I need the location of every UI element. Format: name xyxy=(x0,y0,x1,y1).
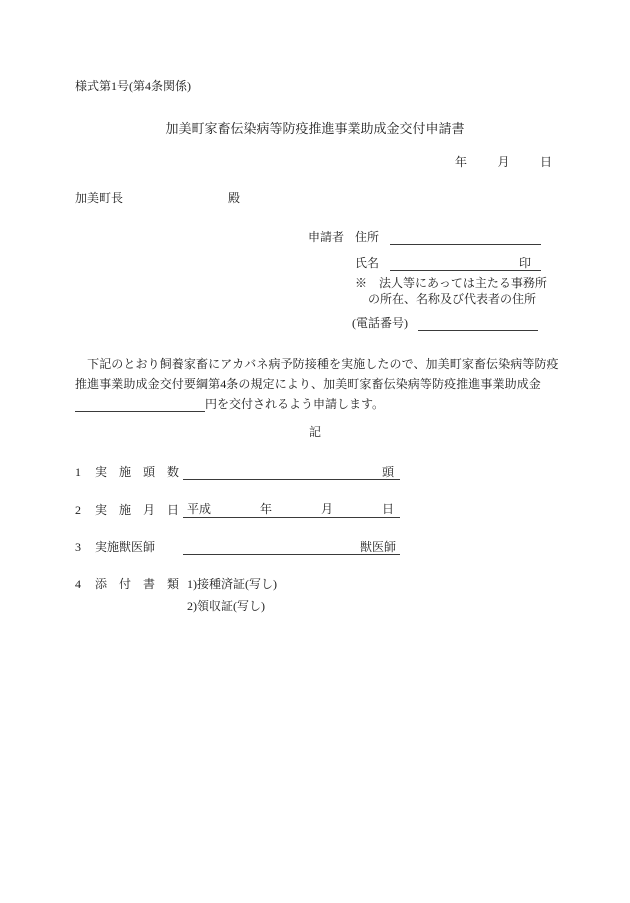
item3-unit-label: 獣医師 xyxy=(360,540,396,554)
body-paragraph-line2: 推進事業助成金交付要綱第4条の規定により、加美町家畜伝染病等防疫推進事業助成金 xyxy=(75,376,541,392)
item1-label: 実 施 頭 数 xyxy=(95,464,179,480)
item3-vet-blank: 獣医師 xyxy=(183,539,400,555)
date-year-label: 年 xyxy=(455,154,467,170)
applicant-note-line1: ※ 法人等にあっては主たる事務所 xyxy=(355,275,547,291)
record-heading: 記 xyxy=(0,424,630,440)
applicant-phone-label: (電話番号) xyxy=(352,315,408,331)
applicant-address-blank xyxy=(390,229,541,245)
body-paragraph-line3: 円を交付されるよう申請します。 xyxy=(75,396,384,412)
addressee-honorific: 殿 xyxy=(228,190,240,206)
item1-number: 1 xyxy=(75,464,81,480)
body-paragraph-line3-suffix: 円を交付されるよう申請します。 xyxy=(205,397,384,411)
item2-number: 2 xyxy=(75,502,81,518)
date-line: 年 月 日 xyxy=(455,154,552,170)
addressee-title: 加美町長 xyxy=(75,190,123,206)
applicant-label: 申請者 xyxy=(308,229,344,245)
item2-label: 実 施 月 日 xyxy=(95,502,179,518)
application-form-page: 様式第1号(第4条関係) 加美町家畜伝染病等防疫推進事業助成金交付申請書 年 月… xyxy=(0,0,630,903)
applicant-address-label: 住所 xyxy=(355,229,379,245)
applicant-name-label: 氏名 xyxy=(355,255,379,271)
item4-doc2: 2)領収証(写し) xyxy=(187,598,265,614)
body-paragraph-line1: 下記のとおり飼養家畜にアカバネ病予防接種を実施したので、加美町家畜伝染病等防疫 xyxy=(75,356,559,372)
item4-label: 添 付 書 類 xyxy=(95,576,179,592)
amount-blank xyxy=(75,396,205,412)
item2-date-blank: 平成 年 月 日 xyxy=(183,502,400,518)
item1-unit-label: 頭 xyxy=(382,465,394,479)
item3-number: 3 xyxy=(75,539,81,555)
item2-month-label: 月 xyxy=(321,501,333,517)
form-number: 様式第1号(第4条関係) xyxy=(75,78,191,94)
applicant-name-blank: 印 xyxy=(390,255,541,271)
item2-year-label: 年 xyxy=(260,501,272,517)
item2-day-label: 日 xyxy=(382,501,394,517)
seal-label: 印 xyxy=(519,256,531,270)
item1-count-blank: 頭 xyxy=(183,464,400,480)
date-day-label: 日 xyxy=(540,154,552,170)
item2-era-label: 平成 xyxy=(187,501,211,517)
item4-doc1: 1)接種済証(写し) xyxy=(187,576,277,592)
document-title: 加美町家畜伝染病等防疫推進事業助成金交付申請書 xyxy=(0,121,630,137)
applicant-phone-blank xyxy=(418,315,538,331)
applicant-note-line2: の所在、名称及び代表者の住所 xyxy=(368,291,536,307)
item4-number: 4 xyxy=(75,576,81,592)
item3-label: 実施獣医師 xyxy=(95,539,155,555)
date-month-label: 月 xyxy=(497,154,509,170)
